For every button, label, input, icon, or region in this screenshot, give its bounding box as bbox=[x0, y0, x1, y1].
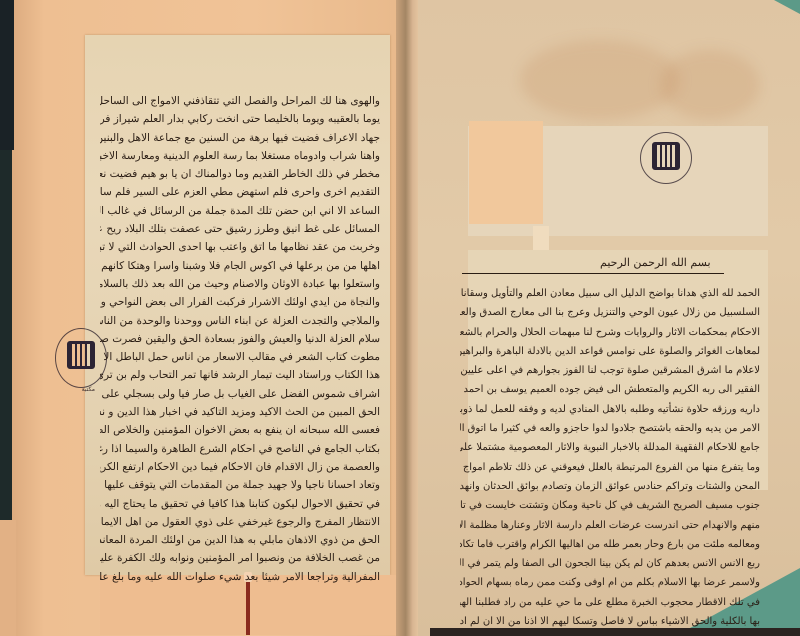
text-line: الاحكام بمحكمات الاثار والروايات وشرح لن… bbox=[460, 323, 760, 342]
water-stain bbox=[520, 40, 680, 120]
text-line: وما يتفرع منها من الفروع المرتبطة بالعلل… bbox=[460, 458, 760, 477]
text-line: مخطر في ذلك الخاطر القديم وما دوالمناك ا… bbox=[100, 165, 380, 183]
manuscript-spread: مكتبة والهوى هنا لك المراحل والفصل التي … bbox=[0, 0, 800, 636]
text-line: واستعلوا بها عبادة الاوثان والاصنام وحيث… bbox=[100, 275, 380, 293]
text-line: هذا الكتاب وراستاد اليت تيمار الرشد فانه… bbox=[100, 366, 380, 384]
text-line: الحق المبين من الحث الاكيد ومزيد التاكيد… bbox=[100, 403, 380, 421]
text-line: ربع الانس الانس بعدهم كان لم يكن بينا ال… bbox=[460, 554, 760, 573]
text-line: السلسبيل من زلال عيون الوحي والتنزيل وعر… bbox=[460, 303, 760, 322]
spine-gutter bbox=[396, 0, 420, 636]
text-line: داريه ورزقه حلاوة نشأتيه وطلبه بالاهل ال… bbox=[460, 400, 760, 419]
text-line: التقديم اخرى واحرى فلم استهض مطي العزم ع… bbox=[100, 183, 380, 201]
paper-repair-patch bbox=[469, 121, 543, 224]
text-line: بها بالكلية والحق الاشياء بباس لا فاصل و… bbox=[460, 612, 760, 631]
text-line: الساعد الا اني ابن حضن تلك المدة جملة من… bbox=[100, 202, 380, 220]
right-page-text: الحمد لله الذي هدانا بواضح الدليل الى سب… bbox=[460, 284, 760, 631]
text-line: لمعاهات الغوائر والصلوة على نوامس قواعد … bbox=[460, 342, 760, 361]
text-line: في تحقيق الاحوال ليكون كتابنا هذا كافيا … bbox=[100, 495, 380, 513]
binding-edge bbox=[0, 0, 14, 150]
text-line: يوما بالعقيبه ويوما بالخليصا حتى انخت رك… bbox=[100, 110, 380, 128]
heading-rule bbox=[462, 273, 724, 274]
text-line: الفقير الى ربه الكريم والمتعطش الى فيض ج… bbox=[460, 380, 760, 399]
text-line: ولاسمر عرضا بها الاسلام بكلم من ام اوفى … bbox=[460, 573, 760, 592]
text-line: والنجاة من ايدي اولئك الاشرار فركبت الفر… bbox=[100, 293, 380, 311]
text-line: وتعاد احسانا ناجيا ولا جهيد جملة من المق… bbox=[100, 476, 380, 494]
text-line: من غصب الخلافة من ونصبوا امر المؤمنين ون… bbox=[100, 549, 380, 567]
text-line: المسائل على غط انيق وطرز رشيق حتى عصفت ب… bbox=[100, 220, 380, 238]
text-line: ومعالمه ملئت من بارع وحار بعمر طله من اه… bbox=[460, 535, 760, 554]
text-line: المحن والشتات وتراكم حنادس عوائق الزمان … bbox=[460, 477, 760, 496]
text-line: بكتاب الجامع في الناصح في احكام الشرع ال… bbox=[100, 440, 380, 458]
library-seal-icon bbox=[640, 132, 692, 184]
text-line: وخربت من عقد نظامها ما اتق واعتب بها احد… bbox=[100, 238, 380, 256]
text-line: لاعلام ما اشرق المشرقين صلوة توجب لنا ال… bbox=[460, 361, 760, 380]
text-line: في تلك الاقطار محجوب الخبرة مطلع على ما … bbox=[460, 593, 760, 612]
text-line: مطوت كتاب الشعر في مقالب الاسعار من اناس… bbox=[100, 348, 380, 366]
text-line: الحمد لله الذي هدانا بواضح الدليل الى سب… bbox=[460, 284, 760, 303]
text-line: واهنا شراب وادوماه مستغلا بما رسة العلوم… bbox=[100, 147, 380, 165]
text-line: منهم والانهدام حتى اندرست عرضات العلم دا… bbox=[460, 516, 760, 535]
seal-emblem-icon bbox=[652, 142, 680, 170]
text-line: والملاجي والتجدت العزلة عن ابناء الناس و… bbox=[100, 312, 380, 330]
water-stain bbox=[660, 50, 760, 120]
seal-caption: مكتبة bbox=[55, 386, 95, 393]
left-page-text: والهوى هنا لك المراحل والفصل التي تتقاذف… bbox=[100, 92, 380, 586]
text-line: الانتظار المفرج والرجوع غيرخفي على ذوي ا… bbox=[100, 513, 380, 531]
text-line: والهوى هنا لك المراحل والفصل التي تتقاذف… bbox=[100, 92, 380, 110]
text-line: اشراف شموس الفضل على الغياب بل صار فيا و… bbox=[100, 385, 380, 403]
text-line: سلام العزلة الدنيا والعيش والفوز بسعادة … bbox=[100, 330, 380, 348]
text-line: فعسى الله سبحانه ان ينفع به بعض الاخوان … bbox=[100, 421, 380, 439]
seal-emblem-icon bbox=[67, 341, 95, 369]
binding-edge-lower bbox=[0, 520, 16, 636]
text-line: الامر من يديه والحقه باشتصح جلادوا لدوا … bbox=[460, 419, 760, 438]
text-line: المفرالية وتراجعا الامر شيئا بعد شيء صلو… bbox=[100, 568, 380, 586]
text-line: الحق من ذوي الاذهان مابلي به هذا الدين م… bbox=[100, 531, 380, 549]
text-line: والعصمة من زال الاقدام فان الاحكام فيما … bbox=[100, 458, 380, 476]
text-line: جنوب مسيف الصريح الشريف في كل ناحية ومكا… bbox=[460, 496, 760, 515]
text-line: اهلها من من برعلها في اكوس الجام فلا وشب… bbox=[100, 257, 380, 275]
text-line: جامع للاحكام الفقهية المدللة بالاخبار ال… bbox=[460, 438, 760, 457]
text-line: جهاد الاعراف فضيت فيها برهة من السنين مع… bbox=[100, 129, 380, 147]
basmala-heading: بسم الله الرحمن الرحيم bbox=[600, 256, 711, 269]
